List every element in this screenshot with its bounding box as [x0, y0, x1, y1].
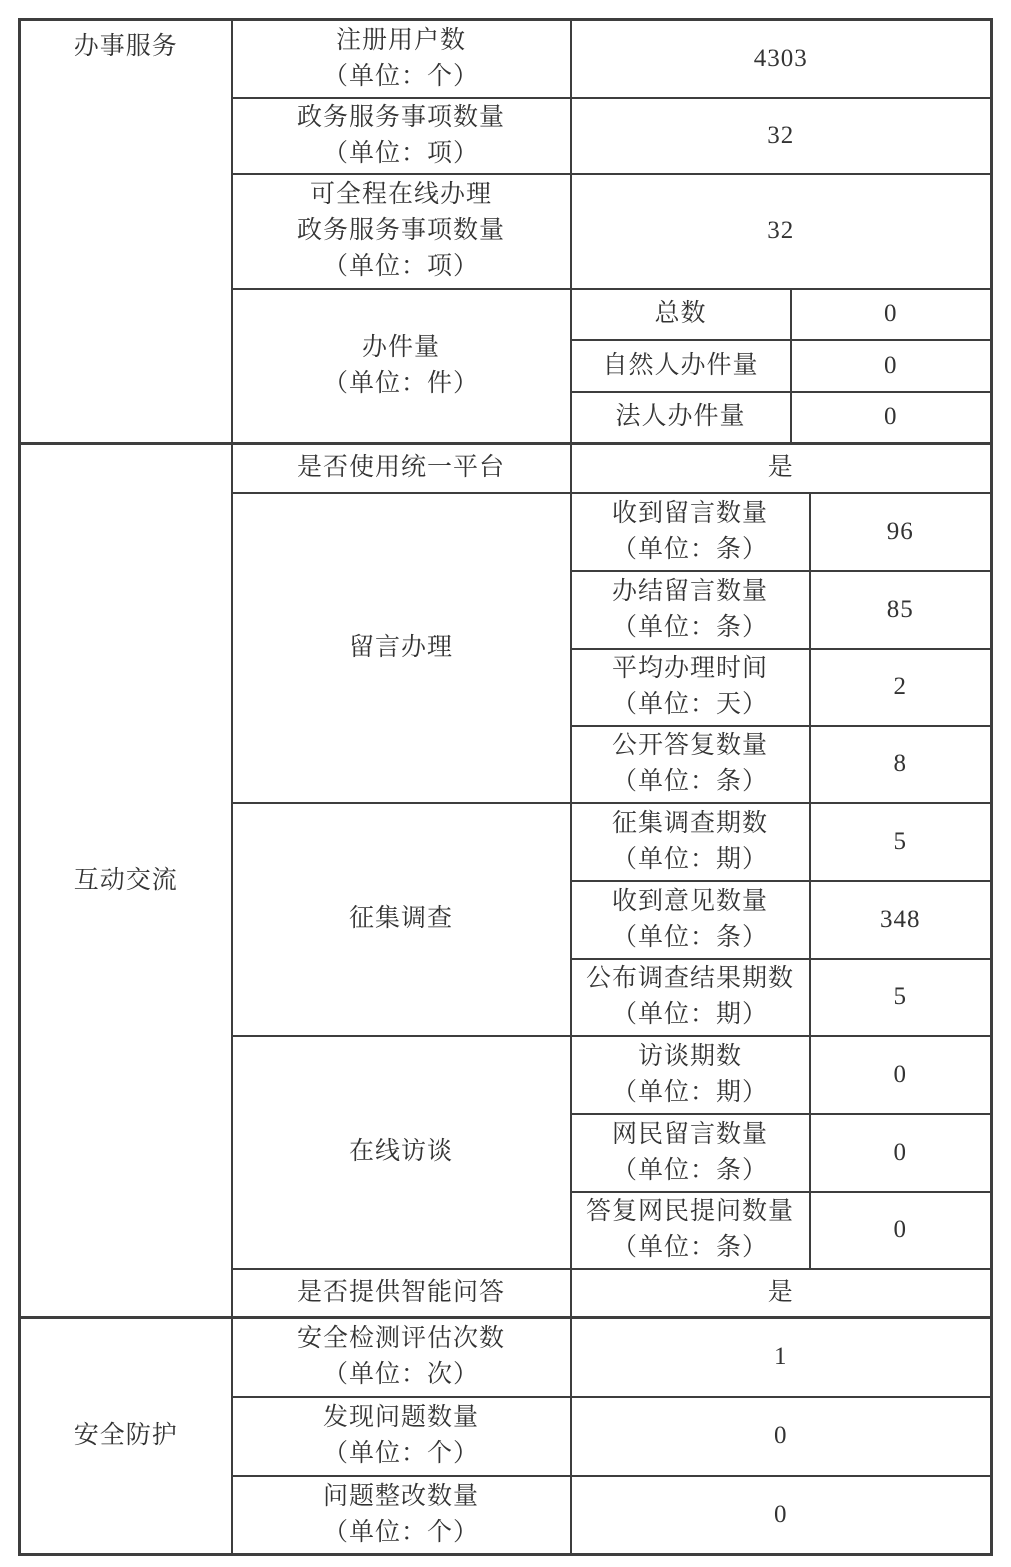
text-line: 安全检测评估次数: [233, 1321, 570, 1357]
section-cell-service-handling: 办事服务: [20, 20, 232, 444]
text-line: （单位：项）: [233, 249, 570, 285]
subrow-label-survey-periods: 征集调查期数 （单位：期）: [571, 803, 810, 881]
value-text: 0: [792, 399, 991, 435]
group-label-message-handling: 留言办理: [232, 493, 571, 803]
text-line: 收到留言数量: [572, 496, 809, 532]
subrow-label-individual-cases: 自然人办件量: [571, 340, 791, 392]
text-line: （单位：条）: [572, 920, 809, 956]
text-line: 访谈期数: [572, 1039, 809, 1075]
text-line: 政务服务事项数量: [233, 213, 570, 249]
text-line: 平均办理时间: [572, 651, 809, 687]
value-text: 5: [811, 824, 991, 860]
value-text: 0: [792, 296, 991, 332]
subrow-value-messages-completed: 85: [810, 571, 992, 649]
text-line: （单位：条）: [572, 764, 809, 800]
section-title-security: 安全防护: [21, 1418, 231, 1454]
text-line: 公开答复数量: [572, 728, 809, 764]
text-line: （单位：天）: [572, 687, 809, 723]
section-cell-security: 安全防护: [20, 1318, 232, 1555]
text-line: 是否提供智能问答: [233, 1275, 570, 1311]
value-text: 8: [811, 746, 991, 782]
value-text: 0: [811, 1135, 991, 1171]
row-label-registered-users: 注册用户数 （单位：个）: [232, 20, 571, 98]
row-label-smart-qa: 是否提供智能问答: [232, 1269, 571, 1318]
value-text: 0: [792, 348, 991, 384]
text-line: 收到意见数量: [572, 884, 809, 920]
text-line: 自然人办件量: [572, 348, 790, 384]
subrow-label-survey-results-published: 公布调查结果期数 （单位：期）: [571, 959, 810, 1036]
subrow-value-legal-person-cases: 0: [791, 392, 992, 444]
subrow-label-messages-completed: 办结留言数量 （单位：条）: [571, 571, 810, 649]
text-line: 总数: [572, 296, 790, 332]
group-label-online-interview: 在线访谈: [232, 1036, 571, 1269]
subrow-label-netizen-messages: 网民留言数量 （单位：条）: [571, 1114, 810, 1192]
text-line: （单位：项）: [233, 136, 570, 172]
row-value-security-assessments: 1: [571, 1318, 992, 1397]
section-cell-interaction: 互动交流: [20, 444, 232, 1318]
text-line: 留言办理: [233, 630, 570, 666]
value-text: 是: [572, 450, 991, 486]
text-line: 注册用户数: [233, 23, 570, 59]
subrow-label-total-cases: 总数: [571, 289, 791, 340]
text-line: 可全程在线办理: [233, 177, 570, 213]
value-text: 1: [572, 1339, 991, 1375]
text-line: （单位：期）: [572, 842, 809, 878]
row-label-problems-rectified: 问题整改数量 （单位：个）: [232, 1476, 571, 1555]
annual-report-table: 办事服务 注册用户数 （单位：个） 4303 政务服务事项数量 （单位：项） 3…: [18, 18, 993, 1556]
value-text: 是: [572, 1275, 991, 1311]
row-value-problems-rectified: 0: [571, 1476, 992, 1555]
section-title-interaction: 互动交流: [21, 863, 231, 899]
text-line: 征集调查: [233, 901, 570, 937]
subrow-label-opinions-received: 收到意见数量 （单位：条）: [571, 881, 810, 959]
subrow-value-survey-results-published: 5: [810, 959, 992, 1036]
row-value-registered-users: 4303: [571, 20, 992, 98]
text-line: 在线访谈: [233, 1134, 570, 1170]
subrow-value-netizen-questions-answered: 0: [810, 1192, 992, 1269]
text-line: 是否使用统一平台: [233, 450, 570, 486]
subrow-value-public-replies: 8: [810, 726, 992, 803]
subrow-label-avg-processing-time: 平均办理时间 （单位：天）: [571, 649, 810, 726]
text-line: （单位：条）: [572, 1153, 809, 1189]
row-value-online-service-items: 32: [571, 174, 992, 289]
subrow-label-interview-periods: 访谈期数 （单位：期）: [571, 1036, 810, 1114]
value-text: 32: [572, 213, 991, 249]
subrow-label-netizen-questions-answered: 答复网民提问数量 （单位：条）: [571, 1192, 810, 1269]
row-label-problems-found: 发现问题数量 （单位：个）: [232, 1397, 571, 1476]
text-line: （单位：条）: [572, 1230, 809, 1266]
subrow-value-total-cases: 0: [791, 289, 992, 340]
text-line: 政务服务事项数量: [233, 100, 570, 136]
subrow-value-netizen-messages: 0: [810, 1114, 992, 1192]
value-text: 0: [811, 1057, 991, 1093]
row-value-smart-qa: 是: [571, 1269, 992, 1318]
section-title-service-handling: 办事服务: [21, 29, 231, 65]
text-line: （单位：个）: [233, 59, 570, 95]
row-value-service-items: 32: [571, 98, 992, 174]
text-line: （单位：件）: [233, 366, 570, 402]
subrow-value-avg-processing-time: 2: [810, 649, 992, 726]
subrow-value-opinions-received: 348: [810, 881, 992, 959]
text-line: 网民留言数量: [572, 1117, 809, 1153]
value-text: 0: [811, 1212, 991, 1248]
subrow-value-messages-received: 96: [810, 493, 992, 571]
text-line: （单位：次）: [233, 1357, 570, 1393]
text-line: （单位：条）: [572, 532, 809, 568]
text-line: 办结留言数量: [572, 574, 809, 610]
text-line: 征集调查期数: [572, 806, 809, 842]
value-text: 4303: [572, 41, 991, 77]
subrow-value-survey-periods: 5: [810, 803, 992, 881]
row-label-security-assessments: 安全检测评估次数 （单位：次）: [232, 1318, 571, 1397]
value-text: 0: [572, 1418, 991, 1454]
text-line: 法人办件量: [572, 399, 790, 435]
value-text: 32: [572, 118, 991, 154]
group-label-case-volume: 办件量 （单位：件）: [232, 289, 571, 444]
subrow-label-public-replies: 公开答复数量 （单位：条）: [571, 726, 810, 803]
text-line: （单位：个）: [233, 1436, 570, 1472]
text-line: （单位：条）: [572, 610, 809, 646]
text-line: 公布调查结果期数: [572, 961, 809, 997]
row-value-problems-found: 0: [571, 1397, 992, 1476]
subrow-value-interview-periods: 0: [810, 1036, 992, 1114]
text-line: （单位：个）: [233, 1515, 570, 1551]
row-label-unified-platform: 是否使用统一平台: [232, 444, 571, 493]
row-label-service-items: 政务服务事项数量 （单位：项）: [232, 98, 571, 174]
row-label-online-service-items: 可全程在线办理 政务服务事项数量 （单位：项）: [232, 174, 571, 289]
value-text: 96: [811, 514, 991, 550]
text-line: （单位：期）: [572, 997, 809, 1033]
subrow-value-individual-cases: 0: [791, 340, 992, 392]
text-line: 问题整改数量: [233, 1479, 570, 1515]
text-line: （单位：期）: [572, 1075, 809, 1111]
row-value-unified-platform: 是: [571, 444, 992, 493]
group-label-survey: 征集调查: [232, 803, 571, 1036]
value-text: 2: [811, 669, 991, 705]
text-line: 答复网民提问数量: [572, 1194, 809, 1230]
subrow-label-messages-received: 收到留言数量 （单位：条）: [571, 493, 810, 571]
value-text: 5: [811, 979, 991, 1015]
value-text: 348: [811, 902, 991, 938]
text-line: 办件量: [233, 330, 570, 366]
text-line: 发现问题数量: [233, 1400, 570, 1436]
value-text: 85: [811, 592, 991, 628]
value-text: 0: [572, 1497, 991, 1533]
subrow-label-legal-person-cases: 法人办件量: [571, 392, 791, 444]
